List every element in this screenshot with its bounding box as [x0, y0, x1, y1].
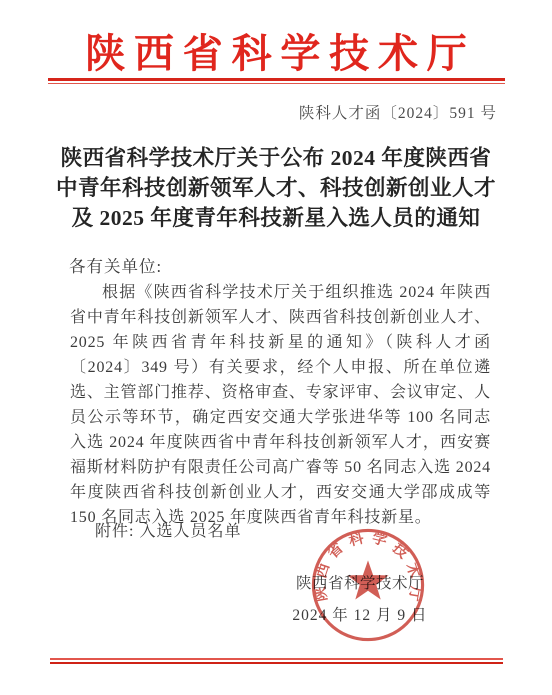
footer-double-rule	[50, 658, 503, 664]
header-rule-thin-line	[48, 83, 505, 84]
notice-title-line-3: 及 2025 年度青年科技新星入选人员的通知	[28, 203, 524, 233]
agency-header-title: 陕西省科学技术厅	[0, 22, 552, 79]
document-page: 陕西省科学技术厅 陕科人才函〔2024〕591 号 陕西省科学技术厅关于公布 2…	[0, 0, 552, 695]
document-number: 陕科人才函〔2024〕591 号	[299, 101, 497, 123]
official-seal: 陕西省科学技术厅	[309, 526, 427, 644]
star-icon	[347, 560, 388, 599]
notice-title-line-2: 中青年科技创新领军人才、科技创新创业人才	[28, 173, 524, 203]
footer-rule-thick-line	[50, 662, 503, 664]
attachment-line: 附件: 入选人员名单	[95, 518, 241, 541]
notice-title: 陕西省科学技术厅关于公布 2024 年度陕西省 中青年科技创新领军人才、科技创新…	[28, 143, 524, 233]
notice-title-line-1: 陕西省科学技术厅关于公布 2024 年度陕西省	[28, 143, 524, 173]
salutation: 各有关单位:	[69, 253, 162, 277]
notice-body-paragraph: 根据《陕西省科学技术厅关于组织推选 2024 年陕西省中青年科技创新领军人才、陕…	[70, 280, 491, 530]
header-double-rule	[48, 78, 505, 84]
